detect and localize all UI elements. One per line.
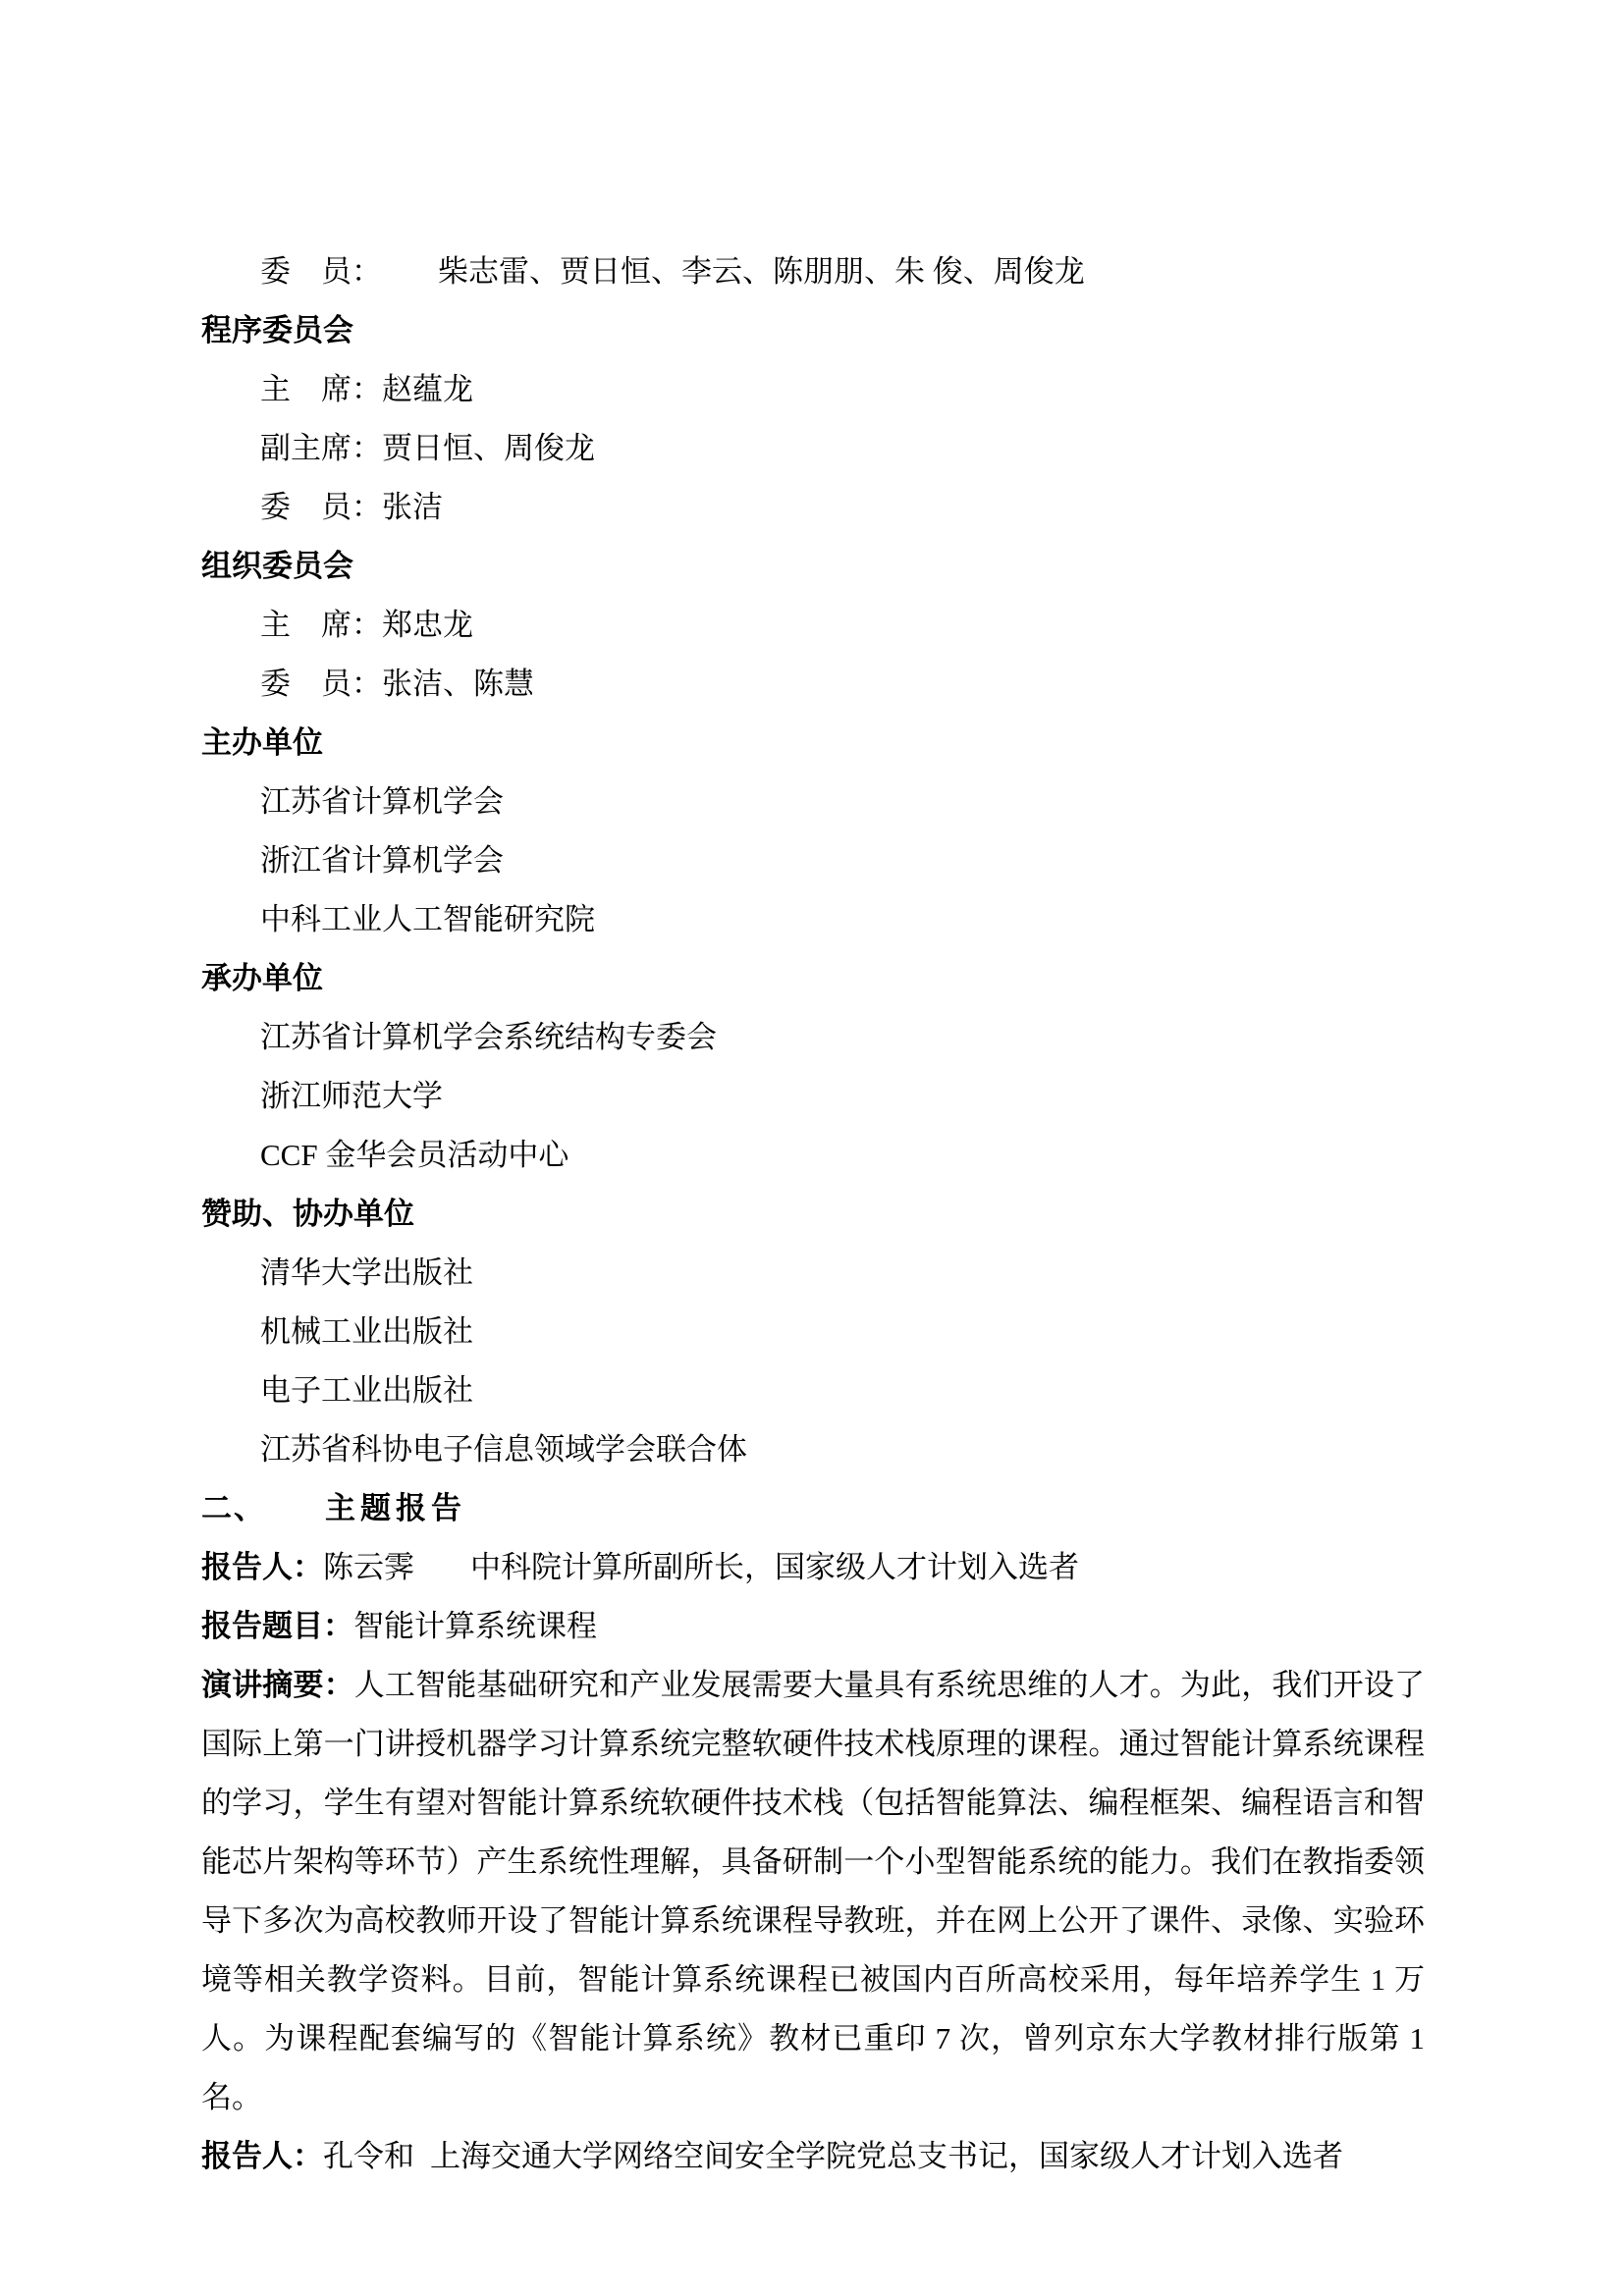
speaker-label: 报告人： bbox=[201, 2139, 323, 2173]
chair-name: 赵蕴龙 bbox=[382, 372, 473, 406]
report1-topic-line: 报告题目：智能计算系统课程 bbox=[0, 1597, 1624, 1656]
chair-label: 主 席： bbox=[260, 608, 382, 642]
host-unit-item: 浙江省计算机学会 bbox=[0, 831, 1624, 890]
report1-speaker-line: 报告人：陈云霁中科院计算所副所长，国家级人才计划入选者 bbox=[0, 1538, 1624, 1597]
sponsor-unit-item: 机械工业出版社 bbox=[0, 1303, 1624, 1362]
section-title: 主题报告 bbox=[325, 1491, 466, 1525]
speaker-name: 孔令和 bbox=[323, 2139, 414, 2173]
program-committee-chair-line: 主 席：赵蕴龙 bbox=[0, 360, 1624, 419]
report1-abstract-paragraph: 演讲摘要：人工智能基础研究和产业发展需要大量具有系统思维的人才。为此，我们开设了… bbox=[201, 1656, 1425, 2127]
committee-members-names: 柴志雷、贾日恒、李云、陈朋朋、朱 俊、周俊龙 bbox=[438, 254, 1085, 289]
speaker-name: 陈云霁 bbox=[323, 1550, 414, 1584]
speaker-label: 报告人： bbox=[201, 1550, 323, 1584]
organizing-committee-members-line: 委 员：张洁、陈慧 bbox=[0, 655, 1624, 714]
sponsor-unit-item: 电子工业出版社 bbox=[0, 1362, 1624, 1420]
vicechair-label: 副主席： bbox=[260, 431, 382, 465]
members-names: 张洁 bbox=[382, 490, 443, 524]
sponsor-unit-item: 清华大学出版社 bbox=[0, 1244, 1624, 1303]
organizer-unit-item: 浙江师范大学 bbox=[0, 1067, 1624, 1126]
program-committee-members-line: 委 员：张洁 bbox=[0, 478, 1624, 537]
host-unit-item: 中科工业人工智能研究院 bbox=[0, 890, 1624, 949]
chair-name: 郑忠龙 bbox=[382, 608, 473, 642]
topic-text: 智能计算系统课程 bbox=[353, 1609, 597, 1643]
report2-speaker-line: 报告人：孔令和上海交通大学网络空间安全学院党总支书记，国家级人才计划入选者 bbox=[0, 2127, 1624, 2186]
abstract-text: 人工智能基础研究和产业发展需要大量具有系统思维的人才。为此，我们开设了国际上第一… bbox=[201, 1668, 1425, 2114]
section-number: 二、 bbox=[201, 1491, 266, 1525]
heading-program-committee: 程序委员会 bbox=[0, 301, 1624, 360]
heading-sponsor-units: 赞助、协办单位 bbox=[0, 1185, 1624, 1244]
speaker-affiliation: 中科院计算所副所长，国家级人才计划入选者 bbox=[470, 1550, 1079, 1584]
document-page: 委 员：柴志雷、贾日恒、李云、陈朋朋、朱 俊、周俊龙 程序委员会 主 席：赵蕴龙… bbox=[0, 0, 1624, 2296]
committee-members-label: 委 员： bbox=[260, 254, 382, 289]
chair-label: 主 席： bbox=[260, 372, 382, 406]
topic-label: 报告题目： bbox=[201, 1609, 353, 1643]
organizer-unit-item: 江苏省计算机学会系统结构专委会 bbox=[0, 1008, 1624, 1067]
heading-host-units: 主办单位 bbox=[0, 714, 1624, 773]
organizing-committee-chair-line: 主 席：郑忠龙 bbox=[0, 596, 1624, 655]
heading-organizer-units: 承办单位 bbox=[0, 949, 1624, 1008]
program-committee-vicechair-line: 副主席：贾日恒、周俊龙 bbox=[0, 419, 1624, 478]
heading-keynote-section: 二、主题报告 bbox=[0, 1479, 1624, 1538]
members-names: 张洁、陈慧 bbox=[382, 667, 534, 701]
speaker-affiliation: 上海交通大学网络空间安全学院党总支书记，国家级人才计划入选者 bbox=[430, 2139, 1343, 2173]
members-label: 委 员： bbox=[260, 490, 382, 524]
vicechair-names: 贾日恒、周俊龙 bbox=[382, 431, 595, 465]
abstract-label: 演讲摘要： bbox=[201, 1668, 354, 1702]
committee-members-line: 委 员：柴志雷、贾日恒、李云、陈朋朋、朱 俊、周俊龙 bbox=[0, 242, 1624, 301]
heading-organizing-committee: 组织委员会 bbox=[0, 537, 1624, 596]
members-label: 委 员： bbox=[260, 667, 382, 701]
organizer-unit-item: CCF 金华会员活动中心 bbox=[0, 1126, 1624, 1185]
host-unit-item: 江苏省计算机学会 bbox=[0, 773, 1624, 831]
sponsor-unit-item: 江苏省科协电子信息领域学会联合体 bbox=[0, 1420, 1624, 1479]
